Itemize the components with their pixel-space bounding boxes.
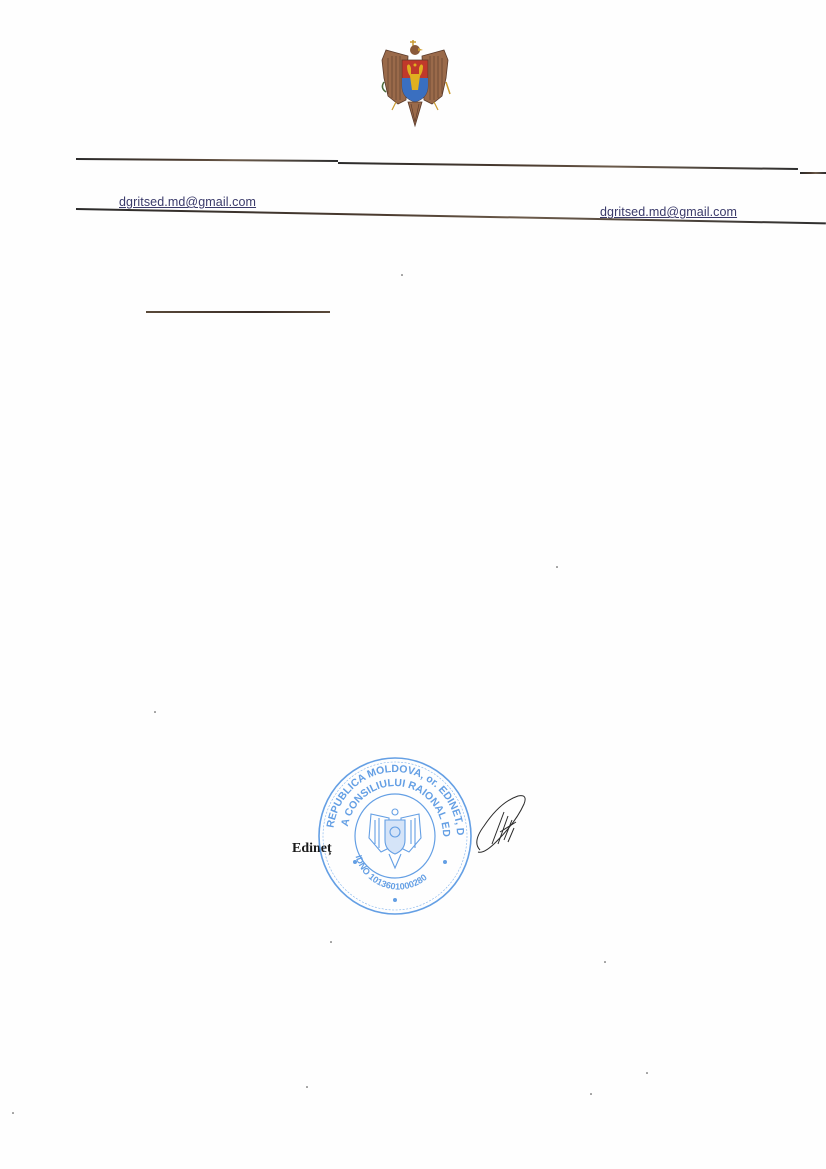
scan-artifact: [154, 711, 156, 713]
scan-artifact: [12, 1112, 14, 1114]
header-rule: [76, 158, 338, 162]
stamp-emblem-icon: [369, 809, 421, 868]
official-stamp: REPUBLICA MOLDOVA, or. EDINET, DIRECȚIA …: [315, 754, 475, 918]
document-page: dgritsed.md@gmail.com dgritsed.md@gmail.…: [0, 0, 826, 1169]
moldova-coat-of-arms-icon: [378, 38, 452, 134]
scan-artifact: [604, 961, 606, 963]
scan-artifact: [556, 566, 558, 568]
email-link-left[interactable]: dgritsed.md@gmail.com: [119, 195, 256, 209]
reference-blank-line: [146, 311, 330, 313]
scan-artifact: [590, 1093, 592, 1095]
signature-icon: [470, 792, 530, 860]
scan-artifact: [646, 1072, 648, 1074]
scan-artifact: [306, 1086, 308, 1088]
header-rule: [338, 162, 798, 170]
email-link-right[interactable]: dgritsed.md@gmail.com: [600, 205, 737, 219]
header-rule: [800, 172, 826, 174]
scan-artifact: [330, 941, 332, 943]
scan-artifact: [401, 274, 403, 276]
